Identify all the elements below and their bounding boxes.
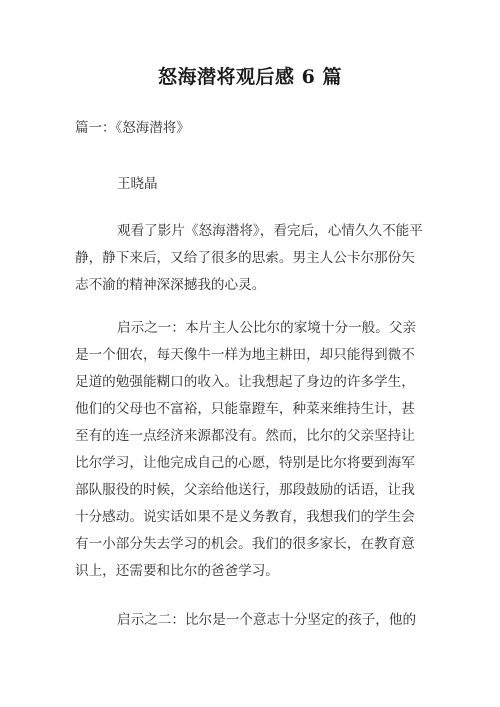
paragraph-line: 比尔学习，让他完成自己的心愿，特别是比尔将要到海军 [75,450,421,477]
paragraph-line: 启示之二：比尔是一个意志十分坚定的孩子，他的 [75,607,421,634]
paragraph-line: 志不渝的精神深深撼我的心灵。 [75,272,421,299]
paragraph-line: 观看了影片《怒海潜将》，看完后，心情久久不能平 [75,218,421,245]
paragraph-insight-one: 启示之一：本片主人公比尔的家境十分一般。父亲 是一个佃农，每天像牛一样为地主耕田… [75,315,421,585]
section-heading: 篇一：《怒海潜将》 [75,116,190,136]
paragraph-line: 他们的父母也不富裕，只能靠蹬车，种菜来维持生计，甚 [75,396,421,423]
author-name: 王晓晶 [117,172,158,192]
paragraph-line: 是一个佃农，每天像牛一样为地主耕田，却只能得到微不 [75,342,421,369]
document-page: 怒海潜将观后感 6 篇 篇一：《怒海潜将》 王晓晶 观看了影片《怒海潜将》，看完… [0,0,500,707]
document-title: 怒海潜将观后感 6 篇 [0,62,500,89]
paragraph-intro: 观看了影片《怒海潜将》，看完后，心情久久不能平 静，静下来后，又给了很多的思索。… [75,218,421,299]
paragraph-line: 足道的勉强能糊口的收入。让我想起了身边的许多学生， [75,369,421,396]
paragraph-line: 识上，还需要和比尔的爸爸学习。 [75,558,421,585]
paragraph-insight-two: 启示之二：比尔是一个意志十分坚定的孩子，他的 [75,607,421,634]
paragraph-line: 至有的连一点经济来源都没有。然而，比尔的父亲坚持让 [75,423,421,450]
paragraph-line: 启示之一：本片主人公比尔的家境十分一般。父亲 [75,315,421,342]
paragraph-line: 静，静下来后，又给了很多的思索。男主人公卡尔那份矢 [75,245,421,272]
paragraph-line: 部队服役的时候，父亲给他送行，那段鼓励的话语，让我 [75,477,421,504]
paragraph-line: 有一小部分失去学习的机会。我们的很多家长，在教育意 [75,531,421,558]
paragraph-line: 十分感动。说实话如果不是义务教育，我想我们的学生会 [75,504,421,531]
